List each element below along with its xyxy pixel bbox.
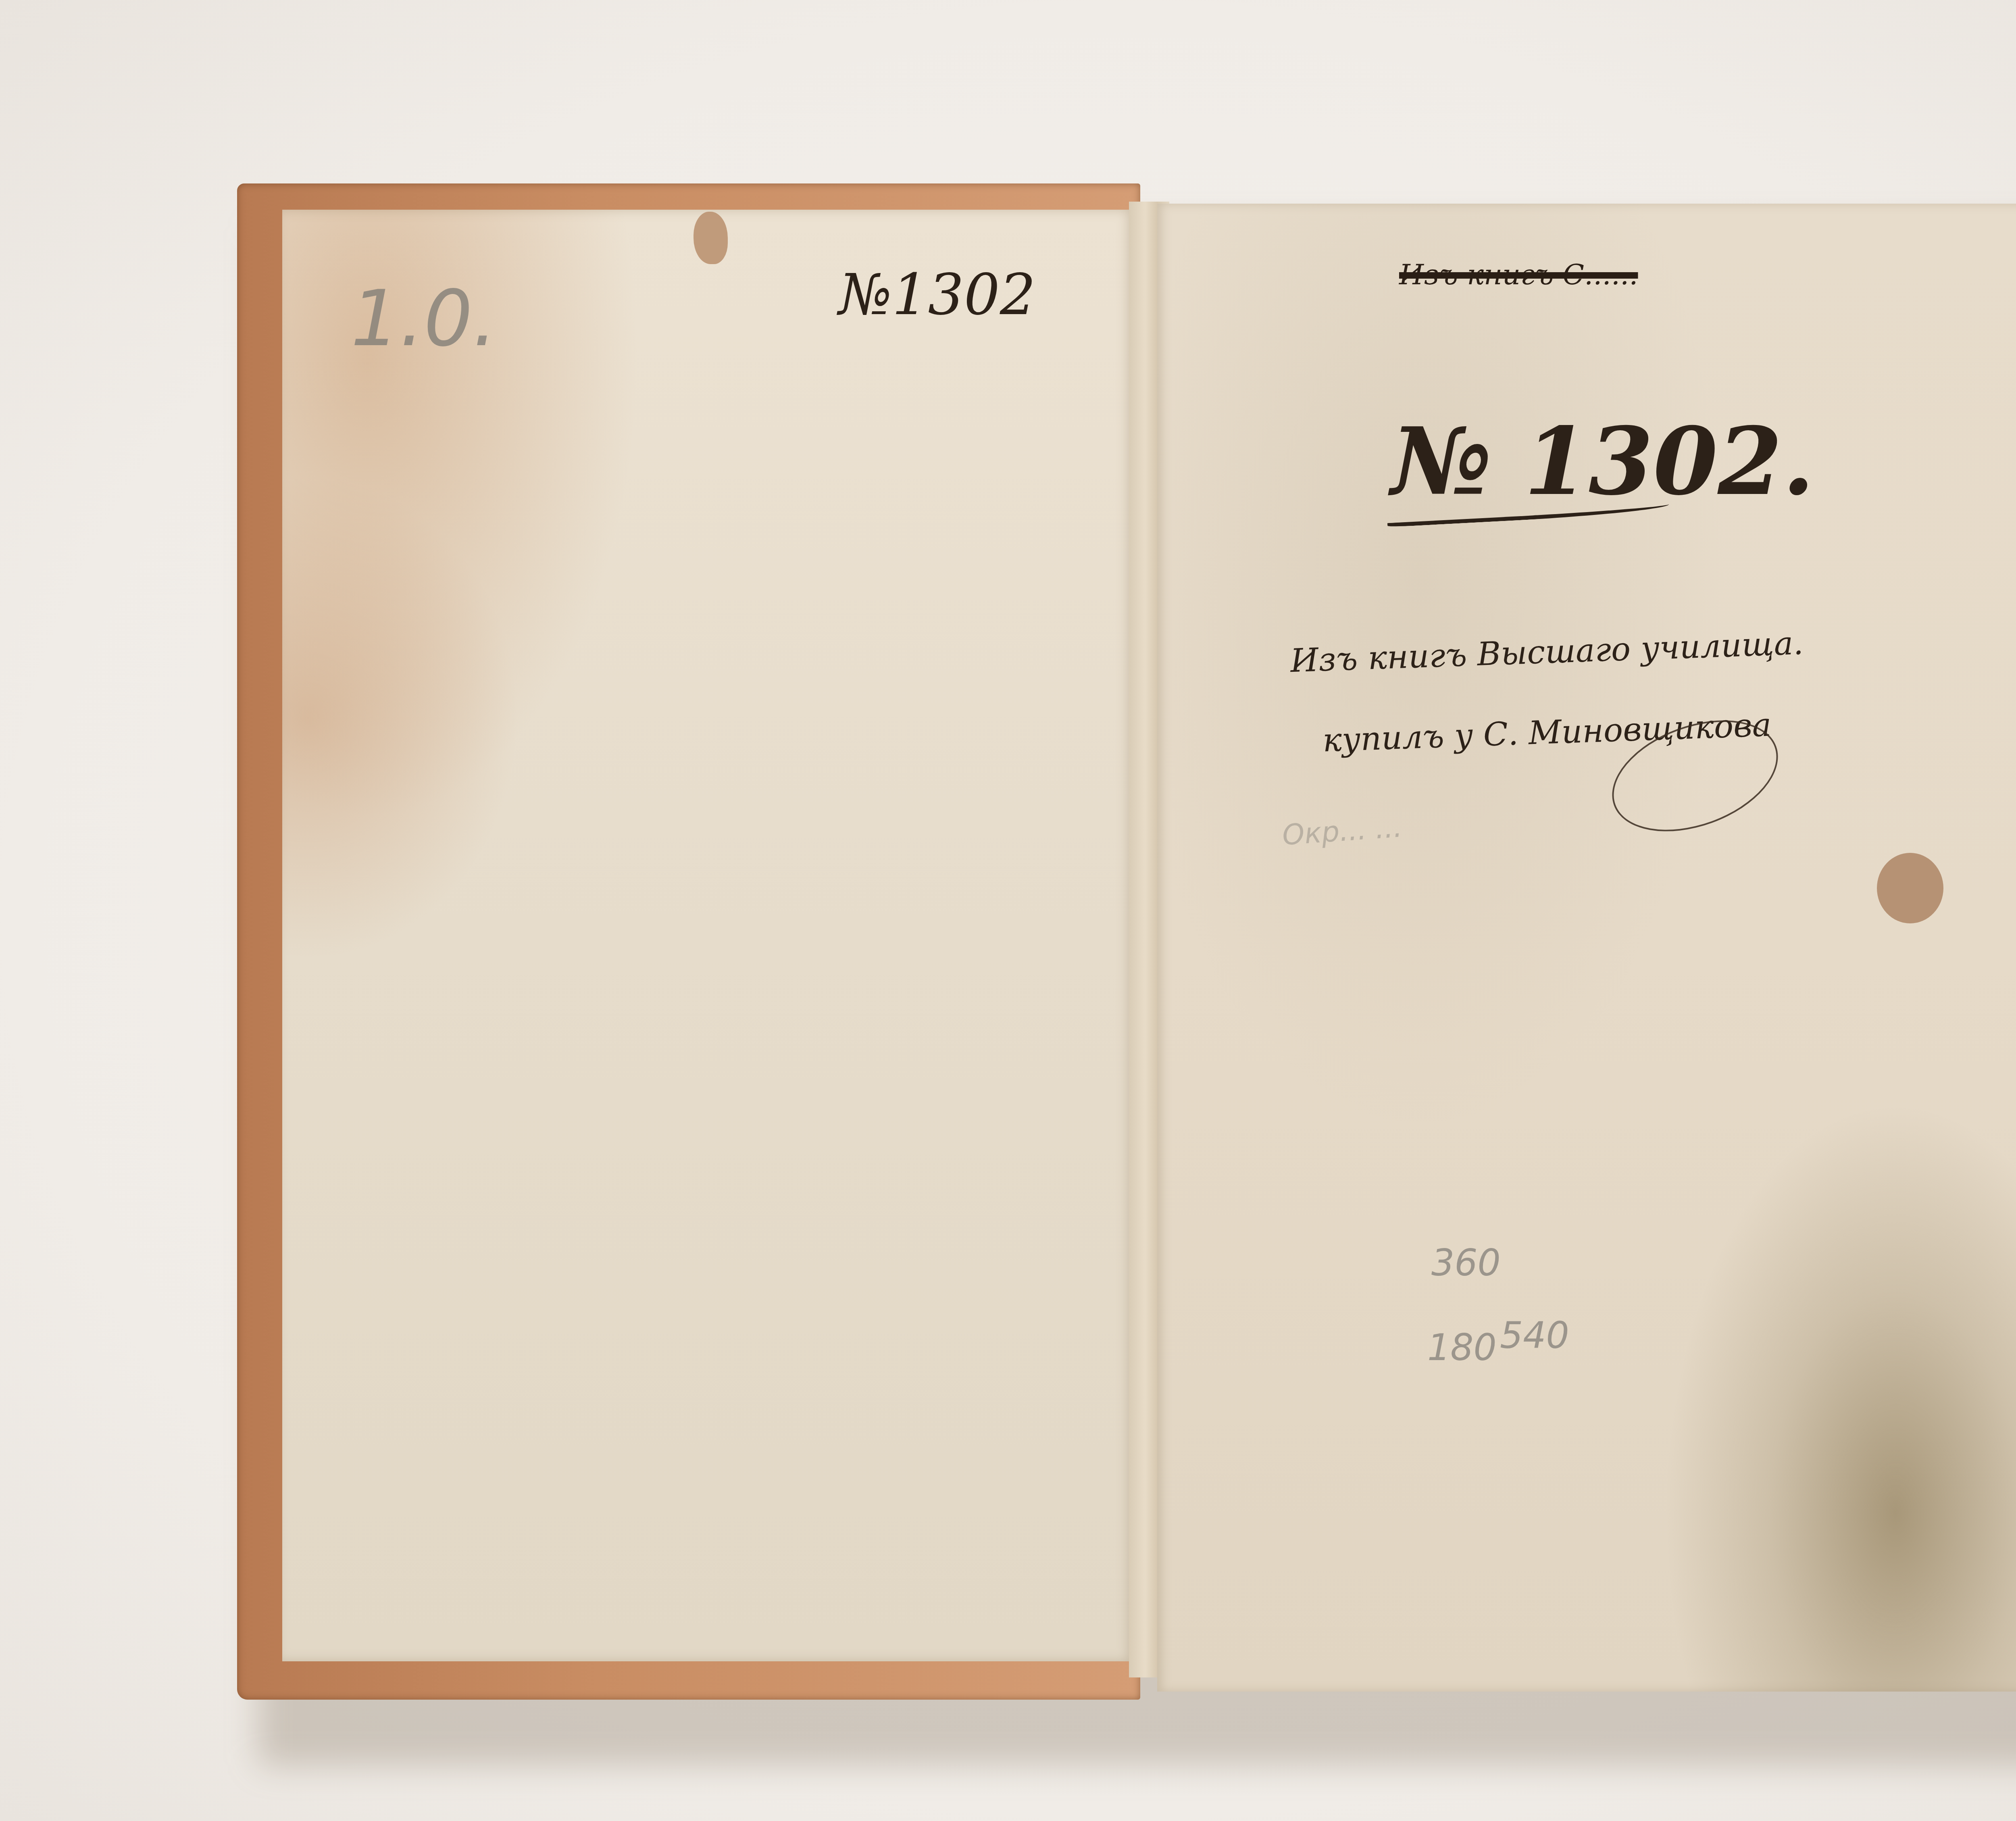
pencil-mark: 1.0. — [351, 274, 497, 363]
left-ink-number: №1302 — [839, 262, 1036, 328]
pencil-number-360: 360 — [1431, 1242, 1501, 1284]
left-endpaper — [282, 210, 1133, 1661]
struck-out-line: Изъ книгъ С...... — [1399, 258, 1638, 291]
catalog-number: № 1302. — [1391, 407, 1814, 516]
round-stain-icon — [1877, 853, 1943, 923]
pencil-number-180: 180 — [1427, 1327, 1497, 1369]
stain-icon — [694, 212, 728, 264]
pencil-number-540: 540 — [1500, 1315, 1569, 1357]
